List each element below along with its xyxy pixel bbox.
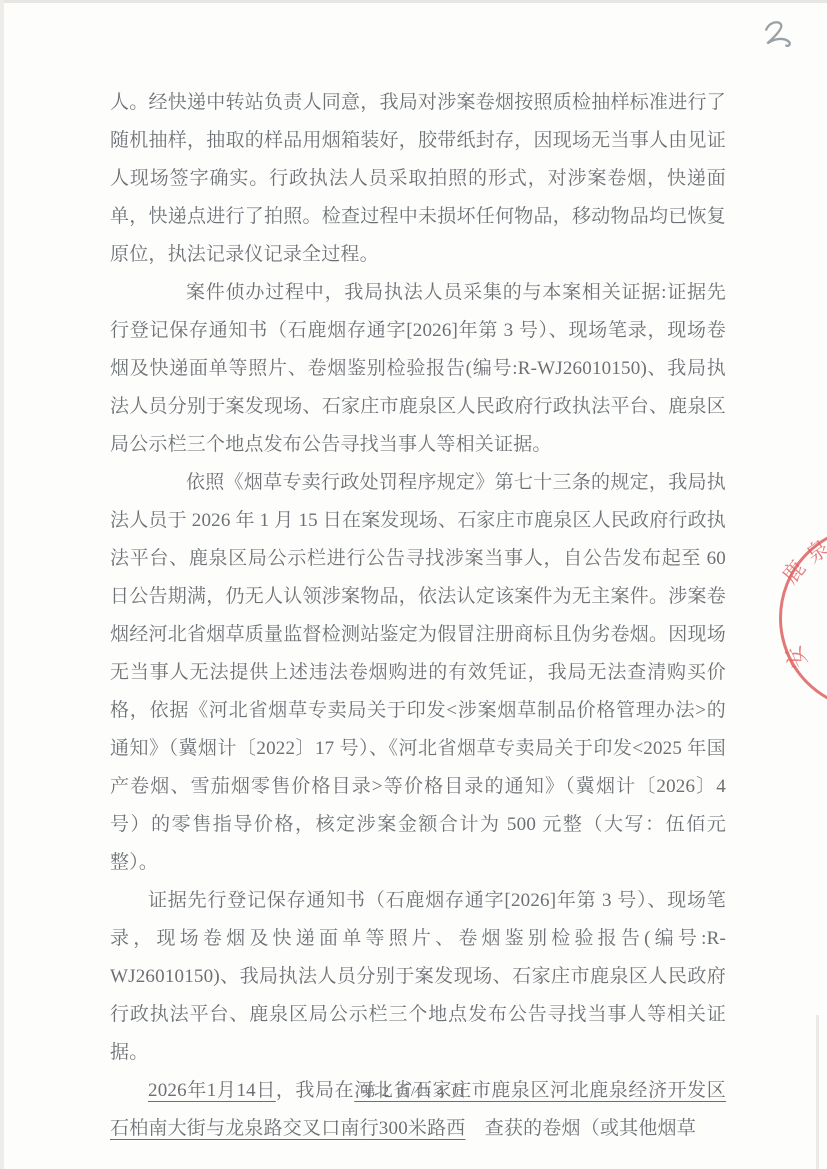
body-text: 依照《烟草专卖行政处罚程序规定》第七十三条的规定，我局执法人员于 2026 年 …: [110, 472, 726, 873]
paragraph-4: 证据先行登记保存通知书（石鹿烟存通字[2026]年第 3 号）、现场笔录，现场卷…: [110, 882, 726, 1072]
paragraph-2: 案件侦办过程中，我局执法人员采集的与本案相关证据:证据先行登记保存通知书（石鹿烟…: [110, 274, 726, 464]
body-text: 案件侦办过程中，我局执法人员采集的与本案相关证据:证据先行登记保存通知书（石鹿烟…: [110, 282, 726, 455]
scan-edge-left: [0, 0, 4, 1169]
document-body: 人。经快递中转站负责人同意，我局对涉案卷烟按照质检抽样标准进行了随机抽样，抽取的…: [110, 84, 726, 1148]
seal-character: 鹿: [774, 553, 812, 590]
seal-character: 安: [776, 641, 813, 674]
paragraph-3: 依照《烟草专卖行政处罚程序规定》第七十三条的规定，我局执法人员于 2026 年 …: [110, 464, 726, 882]
scanned-document-page: 人。经快递中转站负责人同意，我局对涉案卷烟按照质检抽样标准进行了随机抽样，抽取的…: [0, 0, 827, 1169]
body-text: 人。经快递中转站负责人同意，我局对涉案卷烟按照质检抽样标准进行了随机抽样，抽取的…: [110, 92, 726, 265]
seal-circle-arc: [779, 525, 827, 711]
paragraph-1: 人。经快递中转站负责人同意，我局对涉案卷烟按照质检抽样标准进行了随机抽样，抽取的…: [110, 84, 726, 274]
seal-character: 泉: [799, 531, 827, 569]
body-text: 查获的卷烟（或其他烟草: [466, 1118, 696, 1139]
handwritten-page-number: [763, 20, 799, 50]
body-text: 证据先行登记保存通知书（石鹿烟存通字[2026]年第 3 号）、现场笔录，现场卷…: [110, 890, 726, 1063]
page-footer: 第 2 页/共 4 页: [0, 1080, 827, 1101]
scan-edge-top: [0, 0, 827, 3]
